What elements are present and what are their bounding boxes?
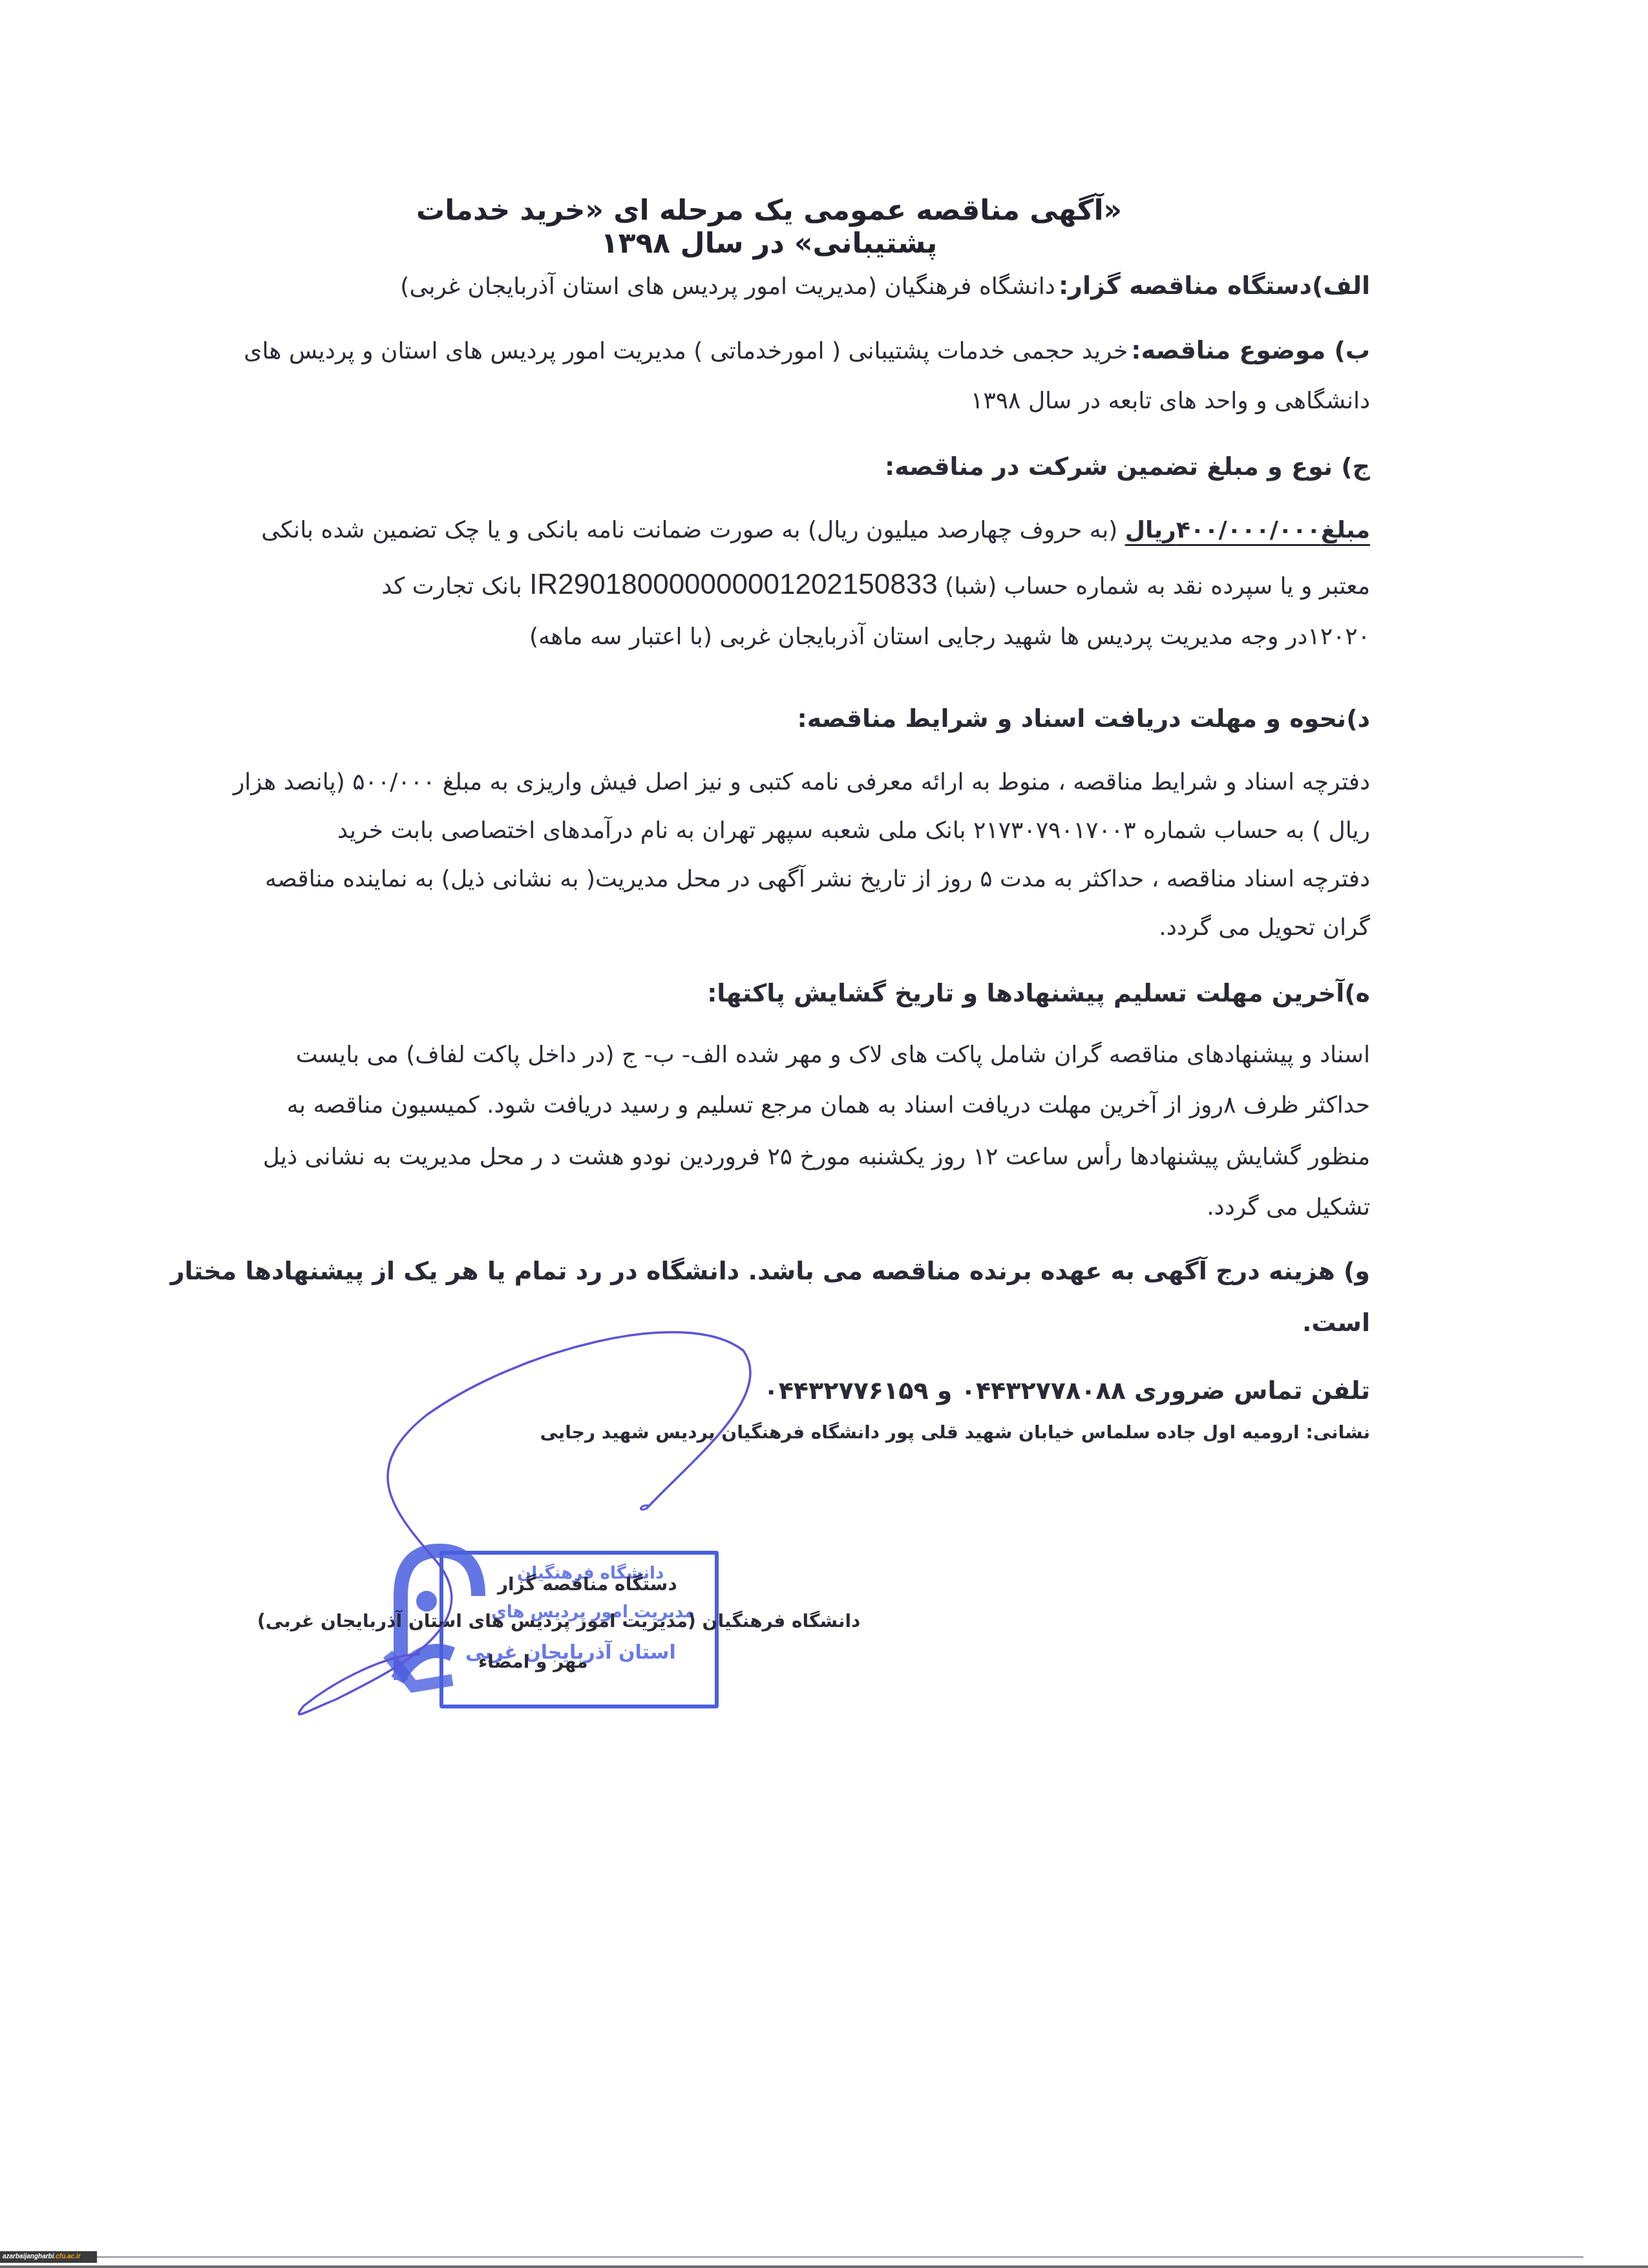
- site-watermark: azarbaijangharbi.cfu.ac.ir: [0, 2251, 97, 2263]
- scan-edge: [0, 2265, 1648, 2268]
- bottom-rule: [97, 2256, 1583, 2258]
- watermark-domain: .cfu.ac.ir: [54, 2253, 80, 2260]
- watermark-prefix: azarbaijangharbi: [3, 2253, 54, 2260]
- document-page: «آگهی مناقصه عمومی یک مرحله ای «خرید خدم…: [0, 0, 1648, 2268]
- handwritten-signature-icon: [0, 0, 1648, 2268]
